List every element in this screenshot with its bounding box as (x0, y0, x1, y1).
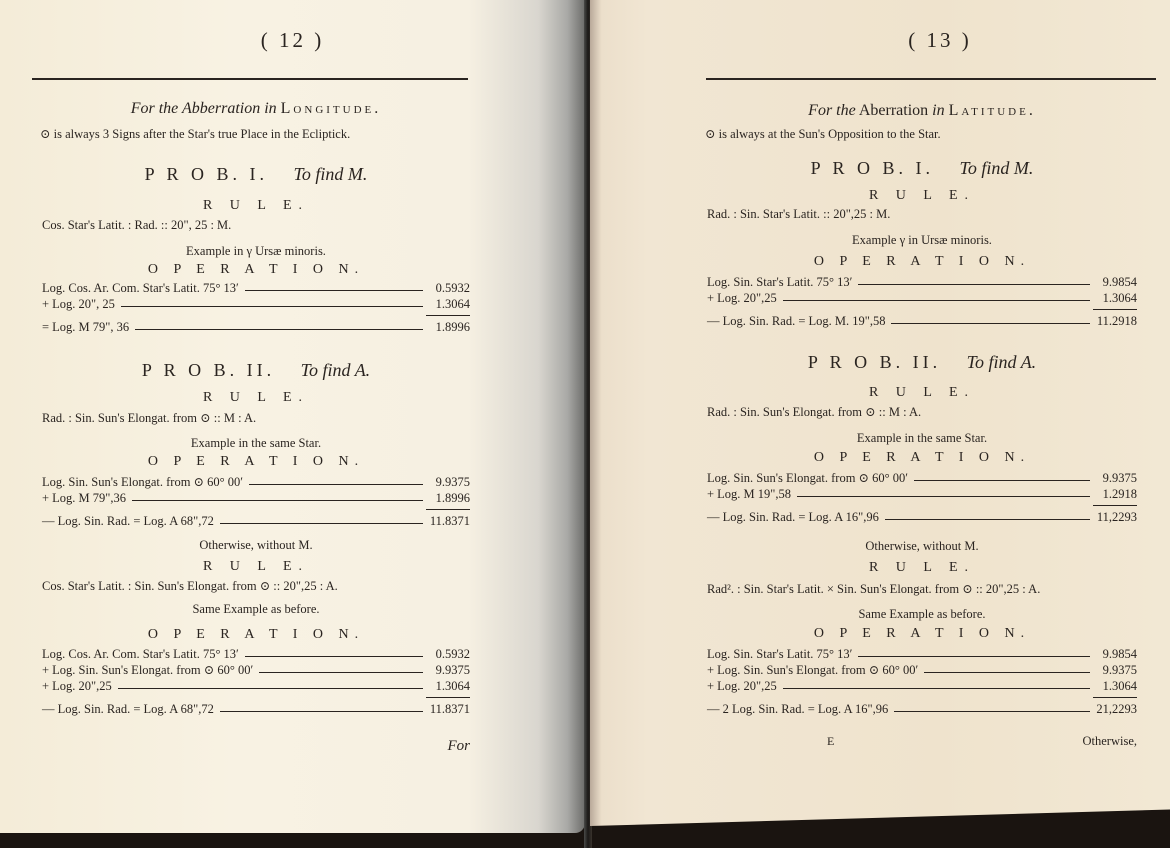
prob2-heading: P R O B. II. To find A. (42, 360, 470, 381)
page-number: ( 13 ) (650, 28, 1170, 53)
example-line: Same Example as before. (42, 602, 470, 617)
operation-table: Log. Cos. Ar. Com. Star's Latit. 75° 13′… (42, 646, 470, 717)
sum-rule (1093, 697, 1137, 698)
operation-table: Log. Sin. Star's Latit. 75° 13′9.9854 + … (707, 274, 1137, 329)
example-line: Same Example as before. (707, 607, 1137, 622)
otherwise-heading: Otherwise, without M. (42, 538, 470, 553)
section-heading: For the Abberration in Longitude. (42, 100, 470, 118)
example-line: Example γ in Ursæ minoris. (707, 233, 1137, 248)
operation-heading: O P E R A T I O N. (42, 627, 470, 643)
prob1-heading: P R O B. I. To find M. (42, 164, 470, 185)
operation-row: + Log. Sin. Sun's Elongat. from ⊙ 60° 00… (42, 662, 470, 678)
operation-row: Log. Cos. Ar. Com. Star's Latit. 75° 13′… (42, 646, 470, 662)
header-rule (32, 78, 468, 80)
section-heading: For the Aberration in Latitude. (707, 102, 1137, 120)
operation-result: — 2 Log. Sin. Rad. = Log. A 16",9621,229… (707, 701, 1137, 717)
rule-heading: R U L E. (707, 188, 1137, 204)
operation-row: Log. Sin. Star's Latit. 75° 13′9.9854 (707, 274, 1137, 290)
rule-formula: Rad. : Sin. Star's Latit. :: 20",25 : M. (707, 207, 1137, 222)
sum-rule (426, 697, 470, 698)
catchword: For (42, 738, 470, 755)
prob1-heading: P R O B. I. To find M. (707, 158, 1137, 179)
operation-result: — Log. Sin. Rad. = Log. M. 19",5811.2918 (707, 313, 1137, 329)
sum-rule (426, 315, 470, 316)
operation-heading: O P E R A T I O N. (42, 454, 470, 470)
rule-heading: R U L E. (707, 560, 1137, 576)
operation-table: Log. Sin. Star's Latit. 75° 13′9.9854 + … (707, 646, 1137, 717)
page-number: ( 12 ) (0, 28, 585, 53)
rule-heading: R U L E. (707, 385, 1137, 401)
rule-heading: R U L E. (42, 559, 470, 575)
operation-row: + Log. M 79",361.8996 (42, 490, 470, 506)
operation-row: + Log. 20", 251.3064 (42, 296, 470, 312)
right-page: ( 13 ) For the Aberration in Latitude. ⊙… (590, 0, 1170, 826)
sun-symbol-icon: ⊙ (705, 127, 715, 141)
catchword: Otherwise, (707, 734, 1137, 749)
operation-row: + Log. Sin. Sun's Elongat. from ⊙ 60° 00… (707, 662, 1137, 678)
sum-rule (1093, 309, 1137, 310)
operation-result: — Log. Sin. Rad. = Log. A 68",7211.8371 (42, 513, 470, 529)
sun-symbol-icon: ⊙ (40, 127, 50, 141)
operation-row: + Log. 20",251.3064 (707, 290, 1137, 306)
operation-heading: O P E R A T I O N. (707, 254, 1137, 270)
operation-result: — Log. Sin. Rad. = Log. A 68",7211.8371 (42, 701, 470, 717)
operation-row: Log. Sin. Star's Latit. 75° 13′9.9854 (707, 646, 1137, 662)
example-line: Example in the same Star. (707, 431, 1137, 446)
section-note: ⊙ is always 3 Signs after the Star's tru… (40, 126, 468, 142)
sum-rule (426, 509, 470, 510)
left-page: ( 12 ) For the Abberration in Longitude.… (0, 0, 585, 833)
rule-formula: Cos. Star's Latit. : Sin. Sun's Elongat.… (42, 578, 470, 594)
sum-rule (1093, 505, 1137, 506)
operation-row: Log. Sin. Sun's Elongat. from ⊙ 60° 00′9… (707, 470, 1137, 486)
operation-row: + Log. 20",251.3064 (42, 678, 470, 694)
operation-result: — Log. Sin. Rad. = Log. A 16",9611,2293 (707, 509, 1137, 525)
operation-heading: O P E R A T I O N. (707, 450, 1137, 466)
operation-table: Log. Sin. Sun's Elongat. from ⊙ 60° 00′9… (707, 470, 1137, 525)
rule-formula: Rad. : Sin. Sun's Elongat. from ⊙ :: M :… (707, 404, 1137, 420)
operation-row: Log. Sin. Sun's Elongat. from ⊙ 60° 00′9… (42, 474, 470, 490)
operation-result: = Log. M 79", 361.8996 (42, 319, 470, 335)
rule-heading: R U L E. (42, 198, 470, 214)
operation-row: Log. Cos. Ar. Com. Star's Latit. 75° 13′… (42, 280, 470, 296)
operation-table: Log. Sin. Sun's Elongat. from ⊙ 60° 00′9… (42, 474, 470, 529)
header-rule (706, 78, 1156, 80)
otherwise-heading: Otherwise, without M. (707, 539, 1137, 554)
example-line: Example in γ Ursæ minoris. (42, 244, 470, 259)
prob2-heading: P R O B. II. To find A. (707, 352, 1137, 373)
operation-heading: O P E R A T I O N. (42, 262, 470, 278)
rule-formula: Cos. Star's Latit. : Rad. :: 20", 25 : M… (42, 218, 470, 233)
operation-table: Log. Cos. Ar. Com. Star's Latit. 75° 13′… (42, 280, 470, 335)
section-note: ⊙ is always at the Sun's Opposition to t… (705, 126, 1135, 142)
operation-row: + Log. 20",251.3064 (707, 678, 1137, 694)
example-line: Example in the same Star. (42, 436, 470, 451)
rule-formula: Rad². : Sin. Star's Latit. × Sin. Sun's … (707, 581, 1137, 597)
rule-formula: Rad. : Sin. Sun's Elongat. from ⊙ :: M :… (42, 410, 470, 426)
operation-row: + Log. M 19",581.2918 (707, 486, 1137, 502)
operation-heading: O P E R A T I O N. (707, 626, 1137, 642)
rule-heading: R U L E. (42, 390, 470, 406)
